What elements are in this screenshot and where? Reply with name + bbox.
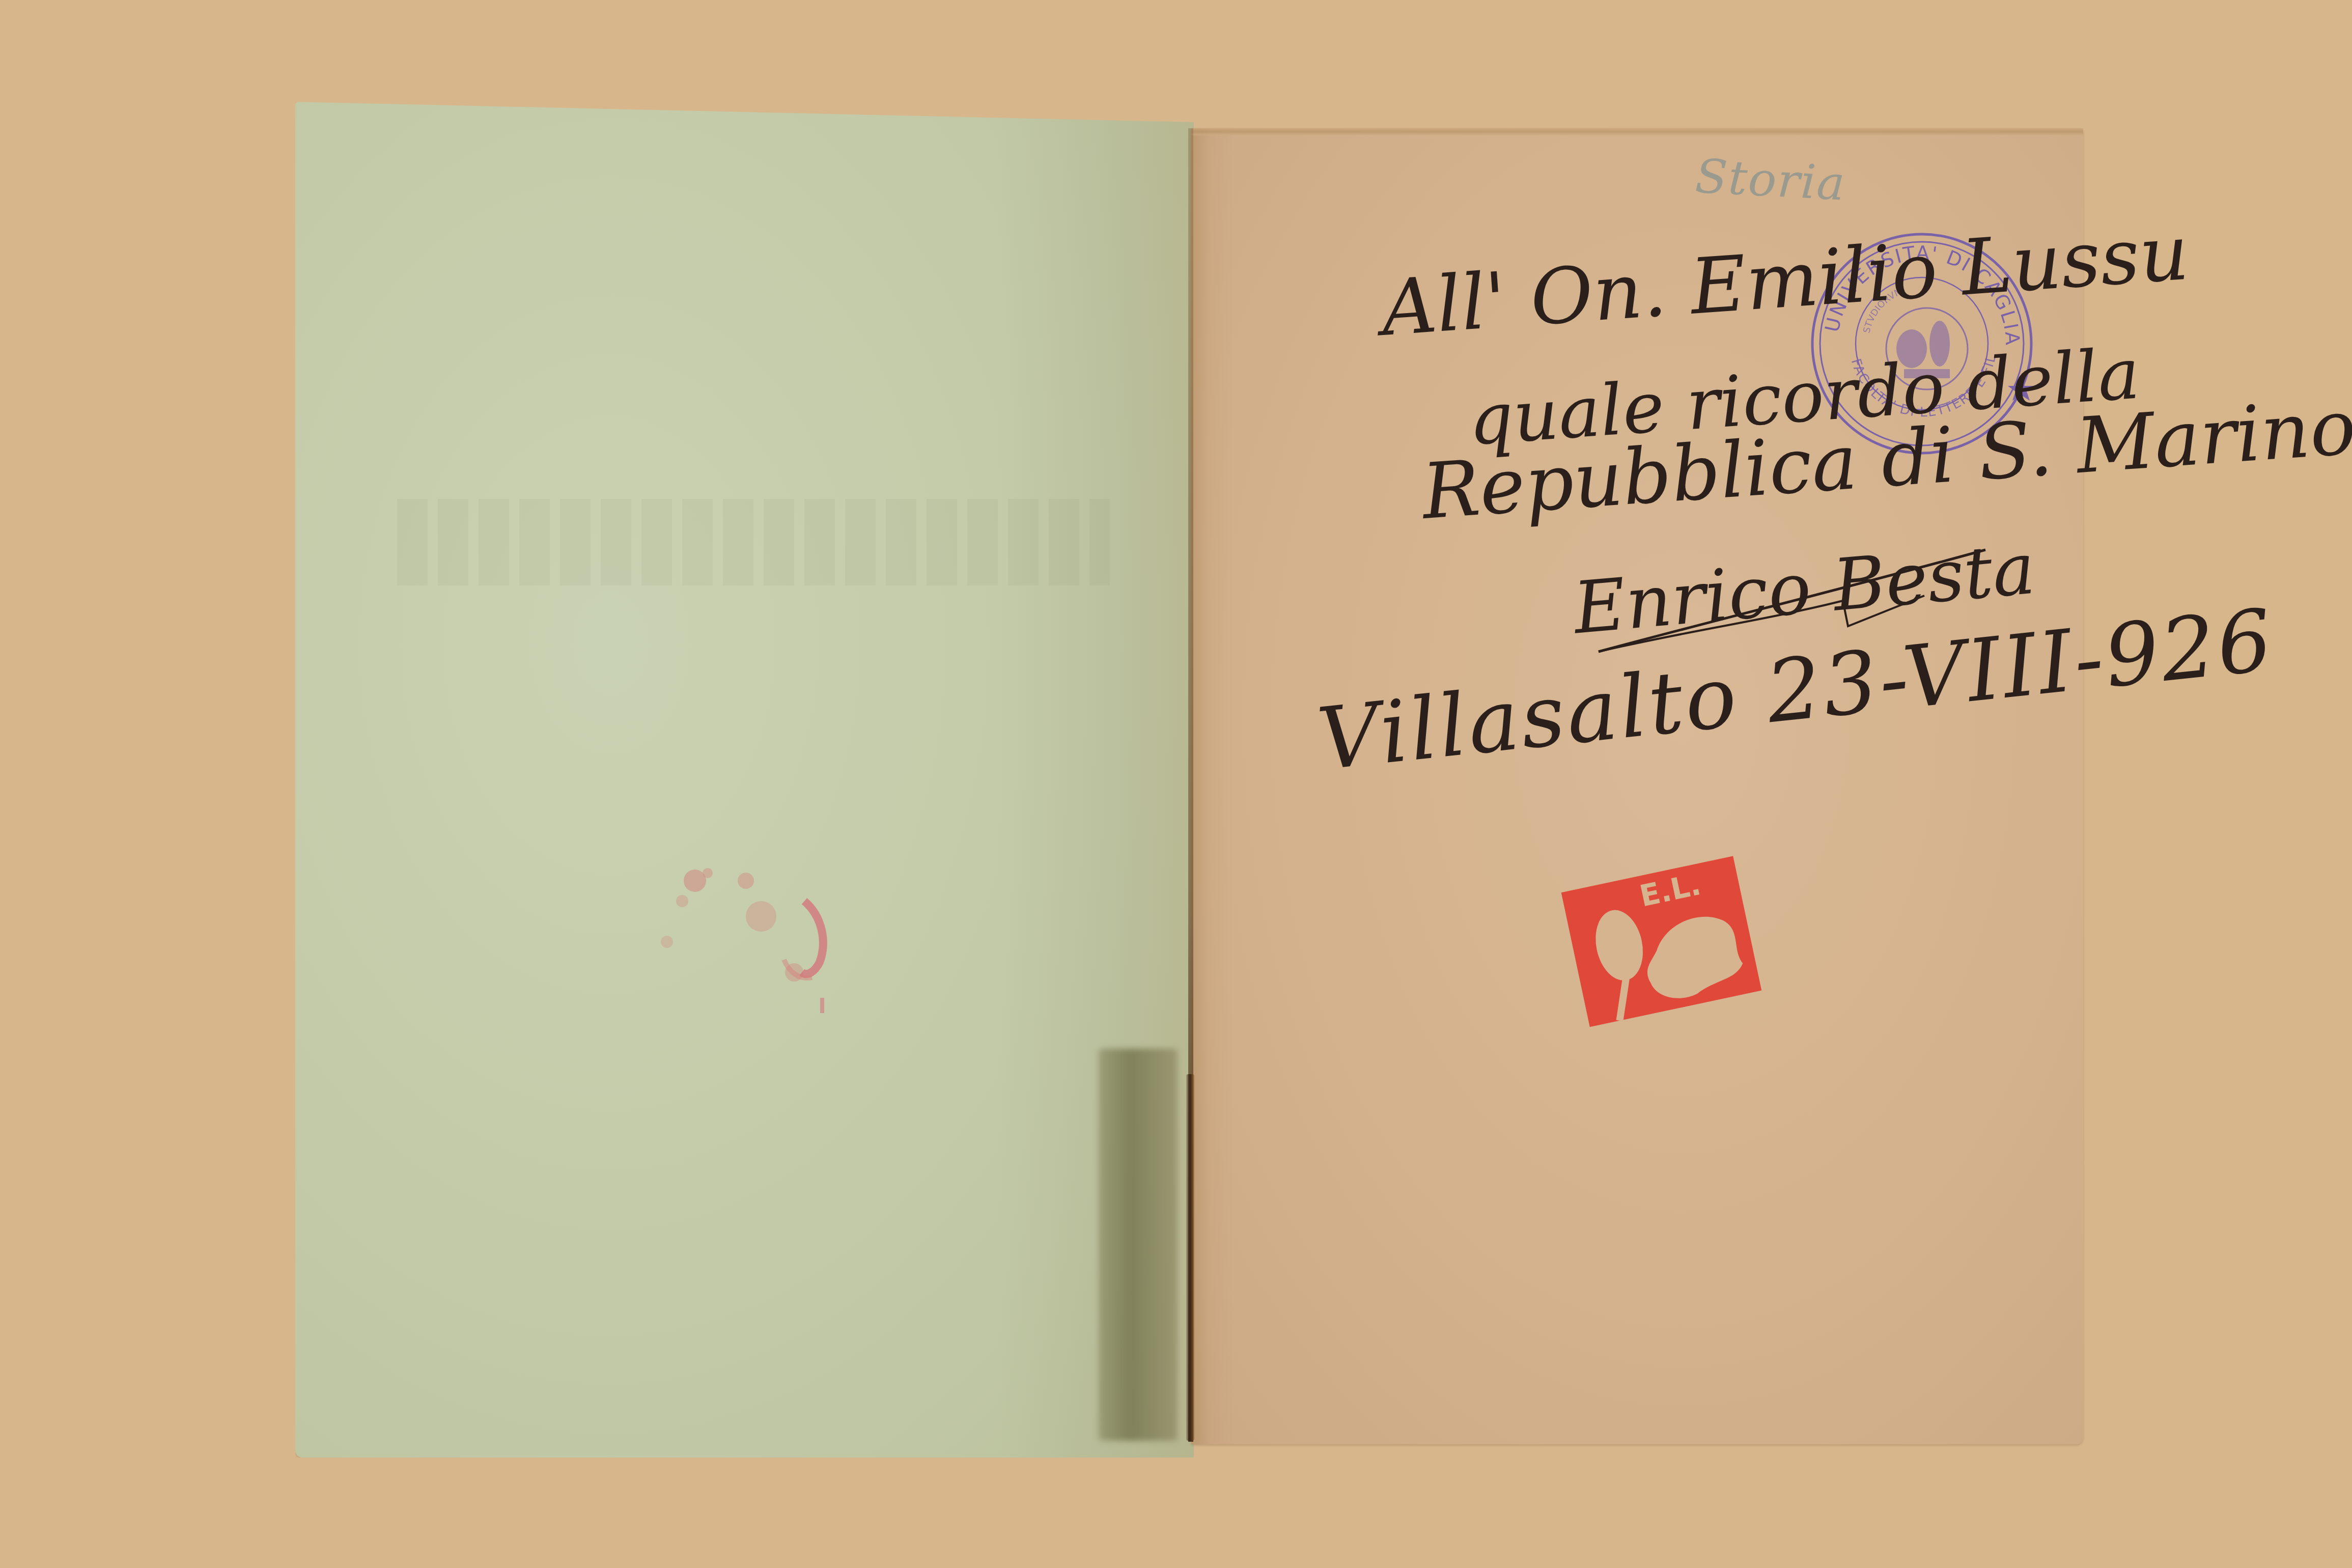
spine-smudge (1099, 1049, 1178, 1441)
ghost-stamp-show-through (636, 845, 840, 1018)
pencil-note: Storia (1694, 149, 1847, 211)
booklet-spread: Storia UNIVERSITA' DI CAGLIARI FACOLTA' … (0, 0, 2352, 1568)
show-through-text (397, 499, 1110, 585)
spine-tear (1186, 1074, 1194, 1441)
page-top-edge (1191, 128, 2083, 135)
left-page (295, 102, 1194, 1458)
ex-libris-stamp: E.L. (1553, 848, 1767, 1031)
